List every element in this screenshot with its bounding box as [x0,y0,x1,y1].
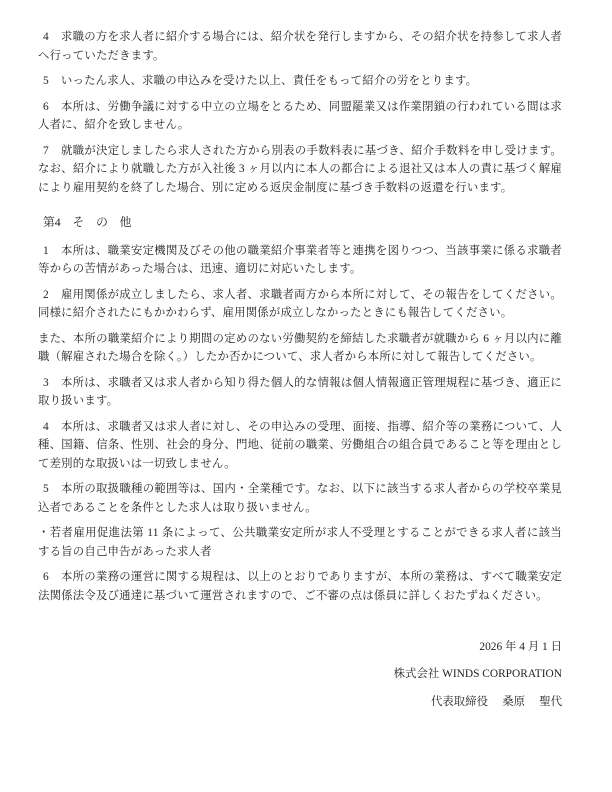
section-heading-part4: 第4 そ の 他 [38,213,562,232]
signature-company-name: 株式会社 WINDS CORPORATION [38,665,562,684]
clause-part4-1: 1本所は、職業安定機関及びその他の職業紹介事業者等と連携を図りつつ、当該事業に係… [38,242,562,279]
clause-number: 6 [43,571,61,583]
clause-part4-6: 6本所の業務の運営に関する規程は、以上のとおりでありますが、本所の業務は、すべて… [38,568,562,605]
clause-number: 3 [43,377,61,389]
clause-text: 本所は、求職者又は求人者に対し、その申込みの受理、面接、指導、紹介等の業務につい… [38,421,562,470]
clause-text: 本所の業務の運営に関する規程は、以上のとおりでありますが、本所の業務は、すべて職… [38,571,562,602]
clause-part4-2: 2雇用関係が成立しましたら、求人者、求職者両方から本所に対して、その報告をしてく… [38,286,562,323]
clause-number: 2 [43,289,61,301]
clause-number: 5 [43,483,61,495]
clause-part3-4: 4求職の方を求人者に紹介する場合には、紹介状を発行しますから、その紹介状を持参し… [38,28,562,65]
document-body: 4求職の方を求人者に紹介する場合には、紹介状を発行しますから、その紹介状を持参し… [0,0,612,712]
clause-part4-5: 5本所の取扱職種の範囲等は、国内・全業種です。なお、以下に該当する求人者からの学… [38,480,562,517]
clause-part3-5: 5いったん求人、求職の申込みを受けた以上、責任をもって紹介の労をとります。 [38,72,562,91]
clause-number: 5 [43,75,61,87]
clause-text: 本所は、労働争議に対する中立の立場をとるため、同盟罷業又は作業閉鎖の行われている… [38,101,562,132]
clause-part4-4: 4本所は、求職者又は求人者に対し、その申込みの受理、面接、指導、紹介等の業務につ… [38,418,562,474]
clause-number: 4 [43,421,61,433]
clause-part4-5-bullet: ・若者雇用促進法第 11 条によって、公共職業安定所が求人不受理とすることができ… [38,524,562,561]
clause-text: 本所は、求職者又は求人者から知り得た個人的な情報は個人情報適正管理規程に基づき、… [38,377,562,408]
document-page: 4求職の方を求人者に紹介する場合には、紹介状を発行しますから、その紹介状を持参し… [0,0,612,792]
clause-text: また、本所の職業紹介により期間の定めのない労働契約を締結した求職者が就職から 6… [38,333,562,364]
signature-representative: 代表取締役 桑原 聖代 [38,693,562,712]
clause-part4-2-supplement: また、本所の職業紹介により期間の定めのない労働契約を締結した求職者が就職から 6… [38,330,562,367]
clause-text: 本所は、職業安定機関及びその他の職業紹介事業者等と連携を図りつつ、当該事業に係る… [38,245,562,276]
clause-text: いったん求人、求職の申込みを受けた以上、責任をもって紹介の労をとります。 [61,75,477,87]
clause-text: 就職が決定しましたら求人された方から別表の手数料表に基づき、紹介手数料を申し受け… [38,145,562,194]
clause-text: ・若者雇用促進法第 11 条によって、公共職業安定所が求人不受理とすることができ… [38,527,562,558]
clause-part3-7: 7就職が決定しましたら求人された方から別表の手数料表に基づき、紹介手数料を申し受… [38,142,562,198]
signature-date: 2026 年 4 月 1 日 [38,638,562,657]
clause-text: 本所の取扱職種の範囲等は、国内・全業種です。なお、以下に該当する求人者からの学校… [38,483,562,514]
clause-part4-3: 3本所は、求職者又は求人者から知り得た個人的な情報は個人情報適正管理規程に基づき… [38,374,562,411]
clause-text: 雇用関係が成立しましたら、求人者、求職者両方から本所に対して、その報告をしてくだ… [38,289,562,320]
clause-part3-6: 6本所は、労働争議に対する中立の立場をとるため、同盟罷業又は作業閉鎖の行われてい… [38,98,562,135]
clause-number: 4 [43,31,61,43]
clause-text: 求職の方を求人者に紹介する場合には、紹介状を発行しますから、その紹介状を持参して… [38,31,562,62]
clause-number: 7 [43,145,61,157]
clause-number: 1 [43,245,61,257]
clause-number: 6 [43,101,61,113]
